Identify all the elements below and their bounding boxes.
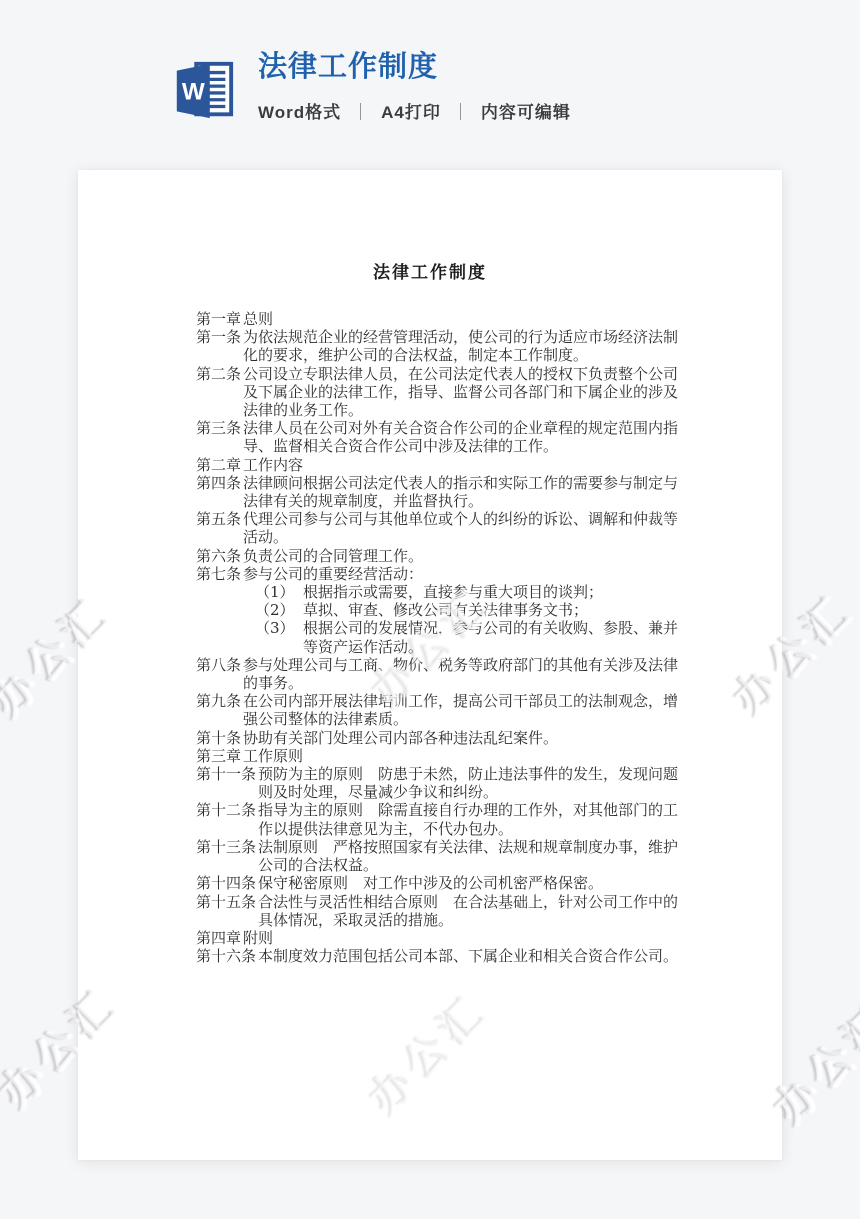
paragraph-text: 参与处理公司与工商、物价、税务等政府部门的其他有关涉及法律的事务。 (243, 656, 678, 692)
paragraph-text: 法制原则 严格按照国家有关法律、法规和规章制度办事，维护公司的合法权益。 (258, 838, 678, 874)
template-meta: Word格式｜A4打印｜内容可编辑 (258, 98, 571, 123)
document-paragraph: 第九条在公司内部开展法律培训工作，提高公司干部员工的法制观念，增强公司整体的法律… (196, 692, 686, 728)
paragraph-label: 第三条 (196, 419, 243, 437)
document-paragraph: 第十五条合法性与灵活性相结合原则 在合法基础上，针对公司工作中的具体情况，采取灵… (196, 893, 686, 929)
paragraph-label: 第四条 (196, 474, 243, 492)
paragraph-label: 第七条 (196, 565, 243, 583)
meta-word-format: Word格式 (258, 103, 341, 122)
meta-separator: ｜ (352, 103, 370, 122)
paragraph-label: 第九条 (196, 692, 243, 710)
paragraph-text: 工作原则 (243, 747, 303, 765)
document-paragraph: 第十一条预防为主的原则 防患于未然，防止违法事件的发生，发现问题则及时处理，尽量… (196, 765, 686, 801)
paragraph-text: 根据公司的发展情况，参与公司的有关收购、参股、兼并等资产运作活动。 (303, 619, 678, 655)
paragraph-label: 第四章 (196, 929, 243, 947)
svg-text:W: W (182, 79, 205, 106)
paragraph-text: 总则 (243, 310, 273, 328)
document-paragraph: （3）根据公司的发展情况，参与公司的有关收购、参股、兼并等资产运作活动。 (255, 619, 686, 655)
document-paragraph: 第十二条指导为主的原则 除需直接自行办理的工作外，对其他部门的工作以提供法律意见… (196, 801, 686, 837)
document-title: 法律工作制度 (78, 170, 782, 283)
document-paragraph: 第八条参与处理公司与工商、物价、税务等政府部门的其他有关涉及法律的事务。 (196, 656, 686, 692)
paragraph-label: 第十条 (196, 729, 243, 747)
paragraph-text: 公司设立专职法律人员，在公司法定代表人的授权下负责整个公司及下属企业的法律工作，… (243, 365, 678, 419)
document-paragraph: 第十条协助有关部门处理公司内部各种违法乱纪案件。 (196, 729, 686, 747)
paragraph-text: 负责公司的合同管理工作。 (243, 547, 423, 565)
paragraph-text: 参与公司的重要经营活动： (243, 565, 423, 583)
paragraph-text: 指导为主的原则 除需直接自行办理的工作外，对其他部门的工作以提供法律意见为主，不… (258, 801, 678, 837)
paragraph-text: 本制度效力范围包括公司本部、下属企业和相关合资合作公司。 (258, 947, 678, 965)
paragraph-text: 法律顾问根据公司法定代表人的指示和实际工作的需要参与制定与法律有关的规章制度，并… (243, 474, 678, 510)
paragraph-text: 草拟、审查、修改公司有关法律事务文书； (303, 601, 588, 619)
paragraph-label: 第八条 (196, 656, 243, 674)
paragraph-text: 附则 (243, 929, 273, 947)
meta-a4-print: A4打印 (381, 103, 441, 122)
word-icon: W (170, 55, 236, 127)
document-page: 法律工作制度 第一章总则 第一条为依法规范企业的经营管理活动，使公司的行为适应市… (78, 170, 782, 1160)
template-header: W 法律工作制度 Word格式｜A4打印｜内容可编辑 (170, 52, 571, 127)
paragraph-text: 法律人员在公司对外有关合资合作公司的企业章程的规定范围内指导、监督相关合资合作公… (243, 419, 678, 455)
document-paragraph: 第一条为依法规范企业的经营管理活动，使公司的行为适应市场经济法制化的要求，维护公… (196, 328, 686, 364)
document-paragraph: 第四条法律顾问根据公司法定代表人的指示和实际工作的需要参与制定与法律有关的规章制… (196, 474, 686, 510)
meta-separator: ｜ (452, 103, 470, 122)
document-paragraph: 第二条公司设立专职法律人员，在公司法定代表人的授权下负责整个公司及下属企业的法律… (196, 365, 686, 420)
document-paragraph: 第一章总则 (196, 310, 686, 328)
paragraph-label: 第十五条 (196, 893, 258, 911)
paragraph-label: 第一章 (196, 310, 243, 328)
paragraph-text: 工作内容 (243, 456, 303, 474)
paragraph-label: 第六条 (196, 547, 243, 565)
paragraph-text: 保守秘密原则 对工作中涉及的公司机密严格保密。 (258, 874, 603, 892)
document-paragraph: 第十四条保守秘密原则 对工作中涉及的公司机密严格保密。 (196, 874, 686, 892)
paragraph-label: 第二章 (196, 456, 243, 474)
paragraph-text: 根据指示或需要，直接参与重大项目的谈判； (303, 583, 603, 601)
paragraph-text: 预防为主的原则 防患于未然，防止违法事件的发生，发现问题则及时处理，尽量减少争议… (258, 765, 678, 801)
paragraph-label: （3） (255, 619, 303, 637)
paragraph-label: 第十三条 (196, 838, 258, 856)
paragraph-label: 第三章 (196, 747, 243, 765)
document-paragraph: （2）草拟、审查、修改公司有关法律事务文书； (255, 601, 686, 619)
paragraph-label: （2） (255, 601, 303, 619)
document-paragraph: 第七条参与公司的重要经营活动： (196, 565, 686, 583)
paragraph-label: 第十六条 (196, 947, 258, 965)
document-body: 第一章总则 第一条为依法规范企业的经营管理活动，使公司的行为适应市场经济法制化的… (196, 310, 686, 965)
header-text: 法律工作制度 Word格式｜A4打印｜内容可编辑 (258, 52, 571, 123)
document-paragraph: （1）根据指示或需要，直接参与重大项目的谈判； (255, 583, 686, 601)
document-paragraph: 第三章工作原则 (196, 747, 686, 765)
document-paragraph: 第三条法律人员在公司对外有关合资合作公司的企业章程的规定范围内指导、监督相关合资… (196, 419, 686, 455)
document-paragraph: 第十六条本制度效力范围包括公司本部、下属企业和相关合资合作公司。 (196, 947, 686, 965)
document-paragraph: 第五条代理公司参与公司与其他单位或个人的纠纷的诉讼、调解和仲裁等活动。 (196, 510, 686, 546)
paragraph-text: 代理公司参与公司与其他单位或个人的纠纷的诉讼、调解和仲裁等活动。 (243, 510, 678, 546)
paragraph-label: 第一条 (196, 328, 243, 346)
meta-editable: 内容可编辑 (481, 103, 571, 122)
paragraph-label: 第二条 (196, 365, 243, 383)
template-title: 法律工作制度 (258, 52, 571, 84)
paragraph-text: 为依法规范企业的经营管理活动，使公司的行为适应市场经济法制化的要求，维护公司的合… (243, 328, 678, 364)
document-paragraph: 第四章附则 (196, 929, 686, 947)
document-paragraph: 第二章工作内容 (196, 456, 686, 474)
paragraph-label: 第十四条 (196, 874, 258, 892)
paragraph-text: 在公司内部开展法律培训工作，提高公司干部员工的法制观念，增强公司整体的法律素质。 (243, 692, 678, 728)
paragraph-text: 合法性与灵活性相结合原则 在合法基础上，针对公司工作中的具体情况，采取灵活的措施… (258, 893, 678, 929)
paragraph-label: 第五条 (196, 510, 243, 528)
paragraph-text: 协助有关部门处理公司内部各种违法乱纪案件。 (243, 729, 558, 747)
paragraph-label: 第十二条 (196, 801, 258, 819)
document-paragraph: 第十三条法制原则 严格按照国家有关法律、法规和规章制度办事，维护公司的合法权益。 (196, 838, 686, 874)
paragraph-label: 第十一条 (196, 765, 258, 783)
paragraph-label: （1） (255, 583, 303, 601)
document-paragraph: 第六条负责公司的合同管理工作。 (196, 547, 686, 565)
